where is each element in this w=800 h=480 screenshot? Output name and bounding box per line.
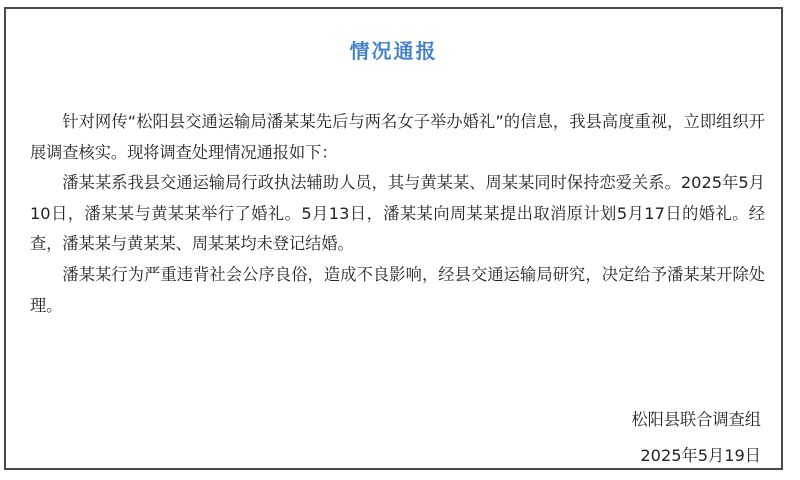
signature-block: 松阳县联合调查组 2025年5月19日 (632, 402, 762, 474)
issue-date: 2025年5月19日 (632, 438, 762, 474)
notice-title: 情况通报 (6, 35, 781, 64)
issuing-organization: 松阳县联合调查组 (632, 402, 762, 438)
notice-frame: 情况通报 针对网传“松阳县交通运输局潘某某先后与两名女子举办婚礼”的信息，我县高… (4, 7, 783, 470)
paragraph-facts: 潘某某系我县交通运输局行政执法辅助人员，其与黄某某、周某某同时保持恋爱关系。20… (30, 168, 765, 260)
paragraph-decision: 潘某某行为严重违背社会公序良俗，造成不良影响，经县交通运输局研究，决定给予潘某某… (30, 260, 765, 321)
notice-body: 针对网传“松阳县交通运输局潘某某先后与两名女子举办婚礼”的信息，我县高度重视，立… (30, 107, 765, 321)
paragraph-intro: 针对网传“松阳县交通运输局潘某某先后与两名女子举办婚礼”的信息，我县高度重视，立… (30, 107, 765, 168)
